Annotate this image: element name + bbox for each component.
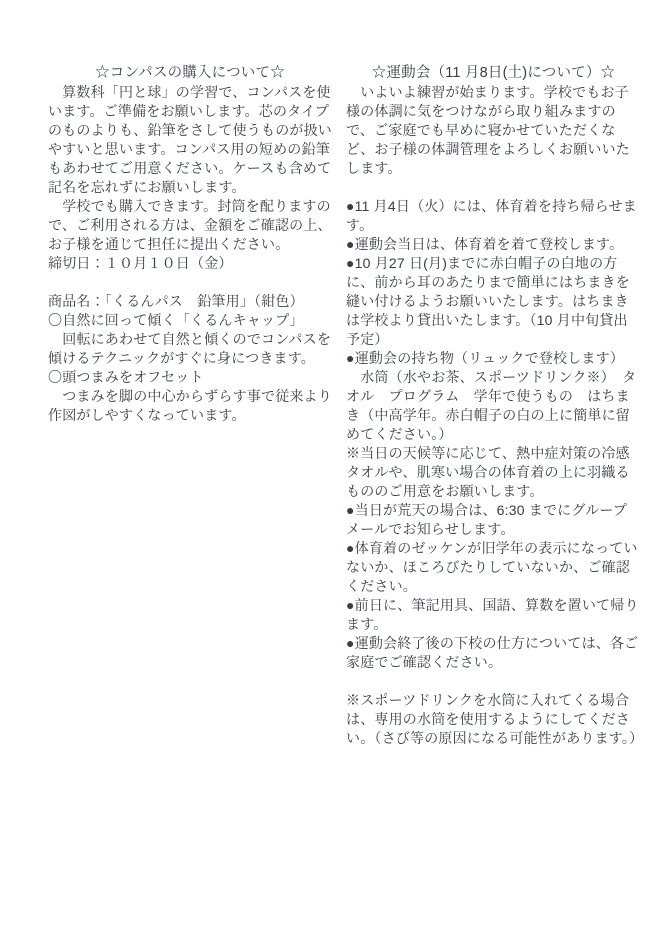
compass-feature-cap-title: 〇自然に回って傾く「くるんキャップ」 [48, 311, 332, 330]
blank-line [48, 273, 332, 292]
newsletter-page: ☆コンパスの購入について☆ 算数科「円と球」の学習で、コンパスを使います。ご準備… [0, 0, 661, 950]
compass-paragraph-intro: 算数科「円と球」の学習で、コンパスを使います。ご準備をお願いします。芯のタイプの… [48, 83, 332, 197]
sports-day-bullet-hachimaki-sewing: ●10 月27 日(月)までに赤白帽子の白地の方に、前から耳のあたりまで簡単には… [346, 254, 641, 349]
sports-day-bullet-storm-notice: ●当日が荒天の場合は、6:30 までにグループメールでお知らせします。 [346, 501, 641, 539]
compass-feature-offset-title: 〇頭つまみをオフセット [48, 368, 332, 387]
compass-deadline-line: 締切日：１０月１０日（金） [48, 254, 332, 273]
sports-day-section-title: ☆運動会（11 月8日(土)について）☆ [346, 64, 641, 83]
sports-day-bullet-bring-home-clothes: ●11 月4日（火）には、体育着を持ち帰らせます。 [346, 197, 641, 235]
section-sports-day: ☆運動会（11 月8日(土)について）☆ いよいよ練習が始まります。学校でもお子… [346, 64, 641, 950]
compass-paragraph-school-purchase: 学校でも購入できます。封筒を配りますので、ご利用される方は、金額をご確認の上、お… [48, 197, 332, 254]
sports-day-bullet-leave-supplies: ●前日に、筆記用具、国語、算数を置いて帰ります。 [346, 596, 641, 634]
sports-day-bullet-dismissal: ●運動会終了後の下校の仕方については、各ご家庭でご確認ください。 [346, 634, 641, 672]
compass-feature-offset-description: つまみを脚の中心からずらす事で従来より作図がしやすくなっています。 [48, 387, 332, 425]
blank-line [346, 178, 641, 197]
sports-day-note-sports-drink: ※スポーツドリンクを水筒に入れてくる場合は、専用の水筒を使用するようにしてくださ… [346, 691, 641, 748]
sports-day-bullet-belongings-title: ●運動会の持ち物（リュックで登校します） [346, 349, 641, 368]
sports-day-bullet-wear-clothes: ●運動会当日は、体育着を着て登校します。 [346, 235, 641, 254]
compass-feature-cap-description: 回転にあわせて自然と傾くのでコンパスを傾けるテクニックがすぐに身につきます。 [48, 330, 332, 368]
compass-product-name-line: 商品名：「くるんパス 鉛筆用」（紺色） [48, 292, 332, 311]
sports-day-note-weather: ※当日の天候等に応じて、熱中症対策の冷感タオルや、肌寒い場合の体育着の上に羽織る… [346, 444, 641, 501]
sports-day-belongings-list: 水筒（水やお茶、スポーツドリンク※） タオル プログラム 学年で使うもの はちま… [346, 368, 641, 444]
sports-day-paragraph-intro: いよいよ練習が始まります。学校でもお子様の体調に気をつけながら取り組みますので、… [346, 83, 641, 178]
section-compass-purchase: ☆コンパスの購入について☆ 算数科「円と球」の学習で、コンパスを使います。ご準備… [48, 64, 332, 950]
blank-line [346, 672, 641, 691]
compass-section-title: ☆コンパスの購入について☆ [48, 64, 332, 83]
sports-day-bullet-zekken-check: ●体育着のゼッケンが旧学年の表示になっていないか、ほころびたりしていないか、ご確… [346, 539, 641, 596]
